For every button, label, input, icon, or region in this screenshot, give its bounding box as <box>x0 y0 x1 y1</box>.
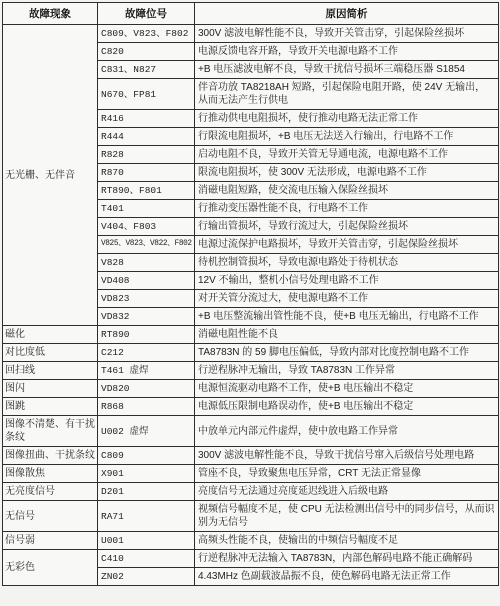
cause-cell: 电源恒流驱动电路不工作，使+B 电压输出不稳定 <box>195 380 499 398</box>
symptom-cell: 磁化 <box>3 326 98 344</box>
table-row: 磁化RT890消磁电阻性能不良 <box>3 326 499 344</box>
symptom-cell: 无信号 <box>3 501 98 532</box>
table-row: 图像散焦X901管座不良，导致聚焦电压异常，CRT 无法正常显像 <box>3 465 499 483</box>
part-cell: C212 <box>98 344 195 362</box>
cause-cell: 12V 不输出，整机小信号处理电路不工作 <box>195 272 499 290</box>
part-cell: N670、FP81 <box>98 79 195 110</box>
part-cell: U001 <box>98 532 195 550</box>
part-cell: VD820 <box>98 380 195 398</box>
table-row: 图像扭曲、干扰条纹C809300V 滤波电解性能不良，导致干扰信号窜入后级信号处… <box>3 447 499 465</box>
cause-cell: 行逆程脉冲无输出，导致 TA8783N 工作异常 <box>195 362 499 380</box>
cause-cell: 消磁电阻性能不良 <box>195 326 499 344</box>
cause-cell: 行逆程脉冲无法输入 TA8783N，内部色解码电路不能正确解码 <box>195 550 499 568</box>
table-row: 无亮度信号D201亮度信号无法通过亮度延迟线进入后级电路 <box>3 483 499 501</box>
part-cell: V825、V823、V822、F802 <box>98 236 195 254</box>
symptom-cell: 图像散焦 <box>3 465 98 483</box>
part-cell: R868 <box>98 398 195 416</box>
header-row: 故障现象 故障位号 原因简析 <box>3 3 499 25</box>
part-cell: R870 <box>98 164 195 182</box>
cause-cell: 亮度信号无法通过亮度延迟线进入后级电路 <box>195 483 499 501</box>
cause-cell: 电源反馈电容开路，导致开关电源电路不工作 <box>195 43 499 61</box>
header-part: 故障位号 <box>98 3 195 25</box>
table-row: 对比度低C212TA8783N 的 59 脚电压偏低，导致内部对比度控制电路不工… <box>3 344 499 362</box>
symptom-cell: 图跳 <box>3 398 98 416</box>
fault-table-body: 无光栅、无伴音C809、V823、F802300V 滤波电解性能不良，导致开关管… <box>3 25 499 586</box>
cause-cell: 对开关管分流过大，使电源电路不工作 <box>195 290 499 308</box>
symptom-cell: 图像扭曲、干扰条纹 <box>3 447 98 465</box>
part-cell: V404、F803 <box>98 218 195 236</box>
cause-cell: 300V 滤波电解性能不良，导致干扰信号窜入后级信号处理电路 <box>195 447 499 465</box>
part-cell: ZN02 <box>98 568 195 586</box>
table-row: 图闪VD820电源恒流驱动电路不工作，使+B 电压输出不稳定 <box>3 380 499 398</box>
cause-cell: TA8783N 的 59 脚电压偏低，导致内部对比度控制电路不工作 <box>195 344 499 362</box>
symptom-cell: 无光栅、无伴音 <box>3 25 98 326</box>
part-cell: T461 虚焊 <box>98 362 195 380</box>
cause-cell: 高频头性能不良，使输出的中频信号幅度不足 <box>195 532 499 550</box>
cause-cell: 伴音功放 TA8218AH 短路，引起保险电阻开路，使 24V 无输出，从而无法… <box>195 79 499 110</box>
cause-cell: 行输出管损坏，导致行流过大，引起保险丝损坏 <box>195 218 499 236</box>
table-row: 无光栅、无伴音C809、V823、F802300V 滤波电解性能不良，导致开关管… <box>3 25 499 43</box>
table-row: 信号弱U001高频头性能不良，使输出的中频信号幅度不足 <box>3 532 499 550</box>
cause-cell: 视频信号幅度不足，使 CPU 无法检测出信号中的同步信号，从而识别为无信号 <box>195 501 499 532</box>
part-cell: X901 <box>98 465 195 483</box>
symptom-cell: 图像不清楚、有干扰条纹 <box>3 416 98 447</box>
cause-cell: 限流电阻损坏，使 300V 无法形成，电源电路不工作 <box>195 164 499 182</box>
part-cell: C809、V823、F802 <box>98 25 195 43</box>
part-cell: D201 <box>98 483 195 501</box>
part-cell: RA71 <box>98 501 195 532</box>
cause-cell: +B 电压整流输出管性能不良，使+B 电压无输出，行电路不工作 <box>195 308 499 326</box>
cause-cell: +B 电压滤波电解不良，导致干扰信号损坏三端稳压器 S1854 <box>195 61 499 79</box>
cause-cell: 中放单元内部元件虚焊，使中放电路工作异常 <box>195 416 499 447</box>
cause-cell: 4.43MHz 色副载波晶振不良，使色解码电路无法正常工作 <box>195 568 499 586</box>
table-row: 无彩色C410行逆程脉冲无法输入 TA8783N，内部色解码电路不能正确解码 <box>3 550 499 568</box>
table-row: 回扫线T461 虚焊行逆程脉冲无输出，导致 TA8783N 工作异常 <box>3 362 499 380</box>
part-cell: RT890 <box>98 326 195 344</box>
symptom-cell: 无彩色 <box>3 550 98 586</box>
cause-cell: 电源低压限制电路误动作，使+B 电压输出不稳定 <box>195 398 499 416</box>
part-cell: VD408 <box>98 272 195 290</box>
cause-cell: 电源过流保护电路损坏，导致开关管击穿，引起保险丝损坏 <box>195 236 499 254</box>
fault-table-header: 故障现象 故障位号 原因简析 <box>3 3 499 25</box>
part-cell: R828 <box>98 146 195 164</box>
cause-cell: 消磁电阻短路，使交流电压输入保险丝损坏 <box>195 182 499 200</box>
part-cell: C410 <box>98 550 195 568</box>
part-cell: V828 <box>98 254 195 272</box>
header-cause: 原因简析 <box>195 3 499 25</box>
header-symptom: 故障现象 <box>3 3 98 25</box>
part-cell: R444 <box>98 128 195 146</box>
symptom-cell: 图闪 <box>3 380 98 398</box>
cause-cell: 管座不良，导致聚焦电压异常，CRT 无法正常显像 <box>195 465 499 483</box>
cause-cell: 行推动供电电阻损坏，使行推动电路无法正常工作 <box>195 110 499 128</box>
table-row: 图跳R868电源低压限制电路误动作，使+B 电压输出不稳定 <box>3 398 499 416</box>
table-row: 无信号RA71视频信号幅度不足，使 CPU 无法检测出信号中的同步信号，从而识别… <box>3 501 499 532</box>
part-cell: RT890、F801 <box>98 182 195 200</box>
cause-cell: 启动电阻不良，导致开关管无导通电流，电源电路不工作 <box>195 146 499 164</box>
part-cell: U002 虚焊 <box>98 416 195 447</box>
part-cell: C809 <box>98 447 195 465</box>
symptom-cell: 回扫线 <box>3 362 98 380</box>
part-cell: VD832 <box>98 308 195 326</box>
part-cell: C820 <box>98 43 195 61</box>
cause-cell: 待机控制管损坏，导致电源电路处于待机状态 <box>195 254 499 272</box>
part-cell: R416 <box>98 110 195 128</box>
symptom-cell: 无亮度信号 <box>3 483 98 501</box>
part-cell: T401 <box>98 200 195 218</box>
cause-cell: 行推动变压器性能不良，行电路不工作 <box>195 200 499 218</box>
part-cell: C831、N827 <box>98 61 195 79</box>
part-cell: VD823 <box>98 290 195 308</box>
symptom-cell: 对比度低 <box>3 344 98 362</box>
cause-cell: 300V 滤波电解性能不良，导致开关管击穿，引起保险丝损坏 <box>195 25 499 43</box>
table-row: 图像不清楚、有干扰条纹U002 虚焊中放单元内部元件虚焊，使中放电路工作异常 <box>3 416 499 447</box>
cause-cell: 行限流电阻损坏，+B 电压无法送入行输出，行电路不工作 <box>195 128 499 146</box>
symptom-cell: 信号弱 <box>3 532 98 550</box>
fault-table: 故障现象 故障位号 原因简析 无光栅、无伴音C809、V823、F802300V… <box>2 2 499 586</box>
